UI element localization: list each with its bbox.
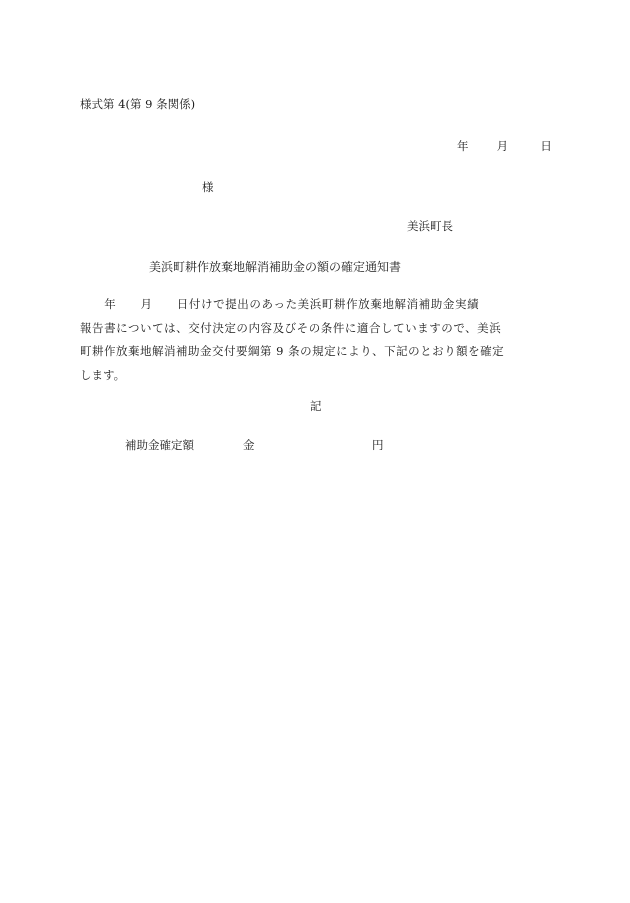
date-day: 日 <box>540 138 552 154</box>
body-line: します。 <box>80 364 520 388</box>
date-line: 年 月 日 <box>457 138 552 154</box>
body-paragraph: 年 月 日付けで提出のあった美浜町耕作放棄地解消補助金実績 報告書については、交… <box>80 293 520 387</box>
date-year: 年 <box>457 138 493 154</box>
date-month: 月 <box>497 138 537 154</box>
addressee-suffix: 様 <box>202 179 214 195</box>
amount-prefix: 金 <box>243 437 255 453</box>
body-line: 報告書については、交付決定の内容及びその条件に適合していますので、美浜 <box>80 317 520 341</box>
issuer: 美浜町長 <box>407 218 453 234</box>
document-title: 美浜町耕作放棄地解消補助金の額の確定通知書 <box>149 258 401 275</box>
amount-unit: 円 <box>372 437 384 453</box>
body-line: 年 月 日付けで提出のあった美浜町耕作放棄地解消補助金実績 <box>80 293 520 317</box>
form-number: 様式第 4(第 9 条関係) <box>80 96 195 112</box>
amount-label: 補助金確定額 <box>125 437 194 453</box>
record-heading: 記 <box>310 398 322 414</box>
body-line: 町耕作放棄地解消補助金交付要綱第 9 条の規定により、下記のとおり額を確定 <box>80 340 520 364</box>
